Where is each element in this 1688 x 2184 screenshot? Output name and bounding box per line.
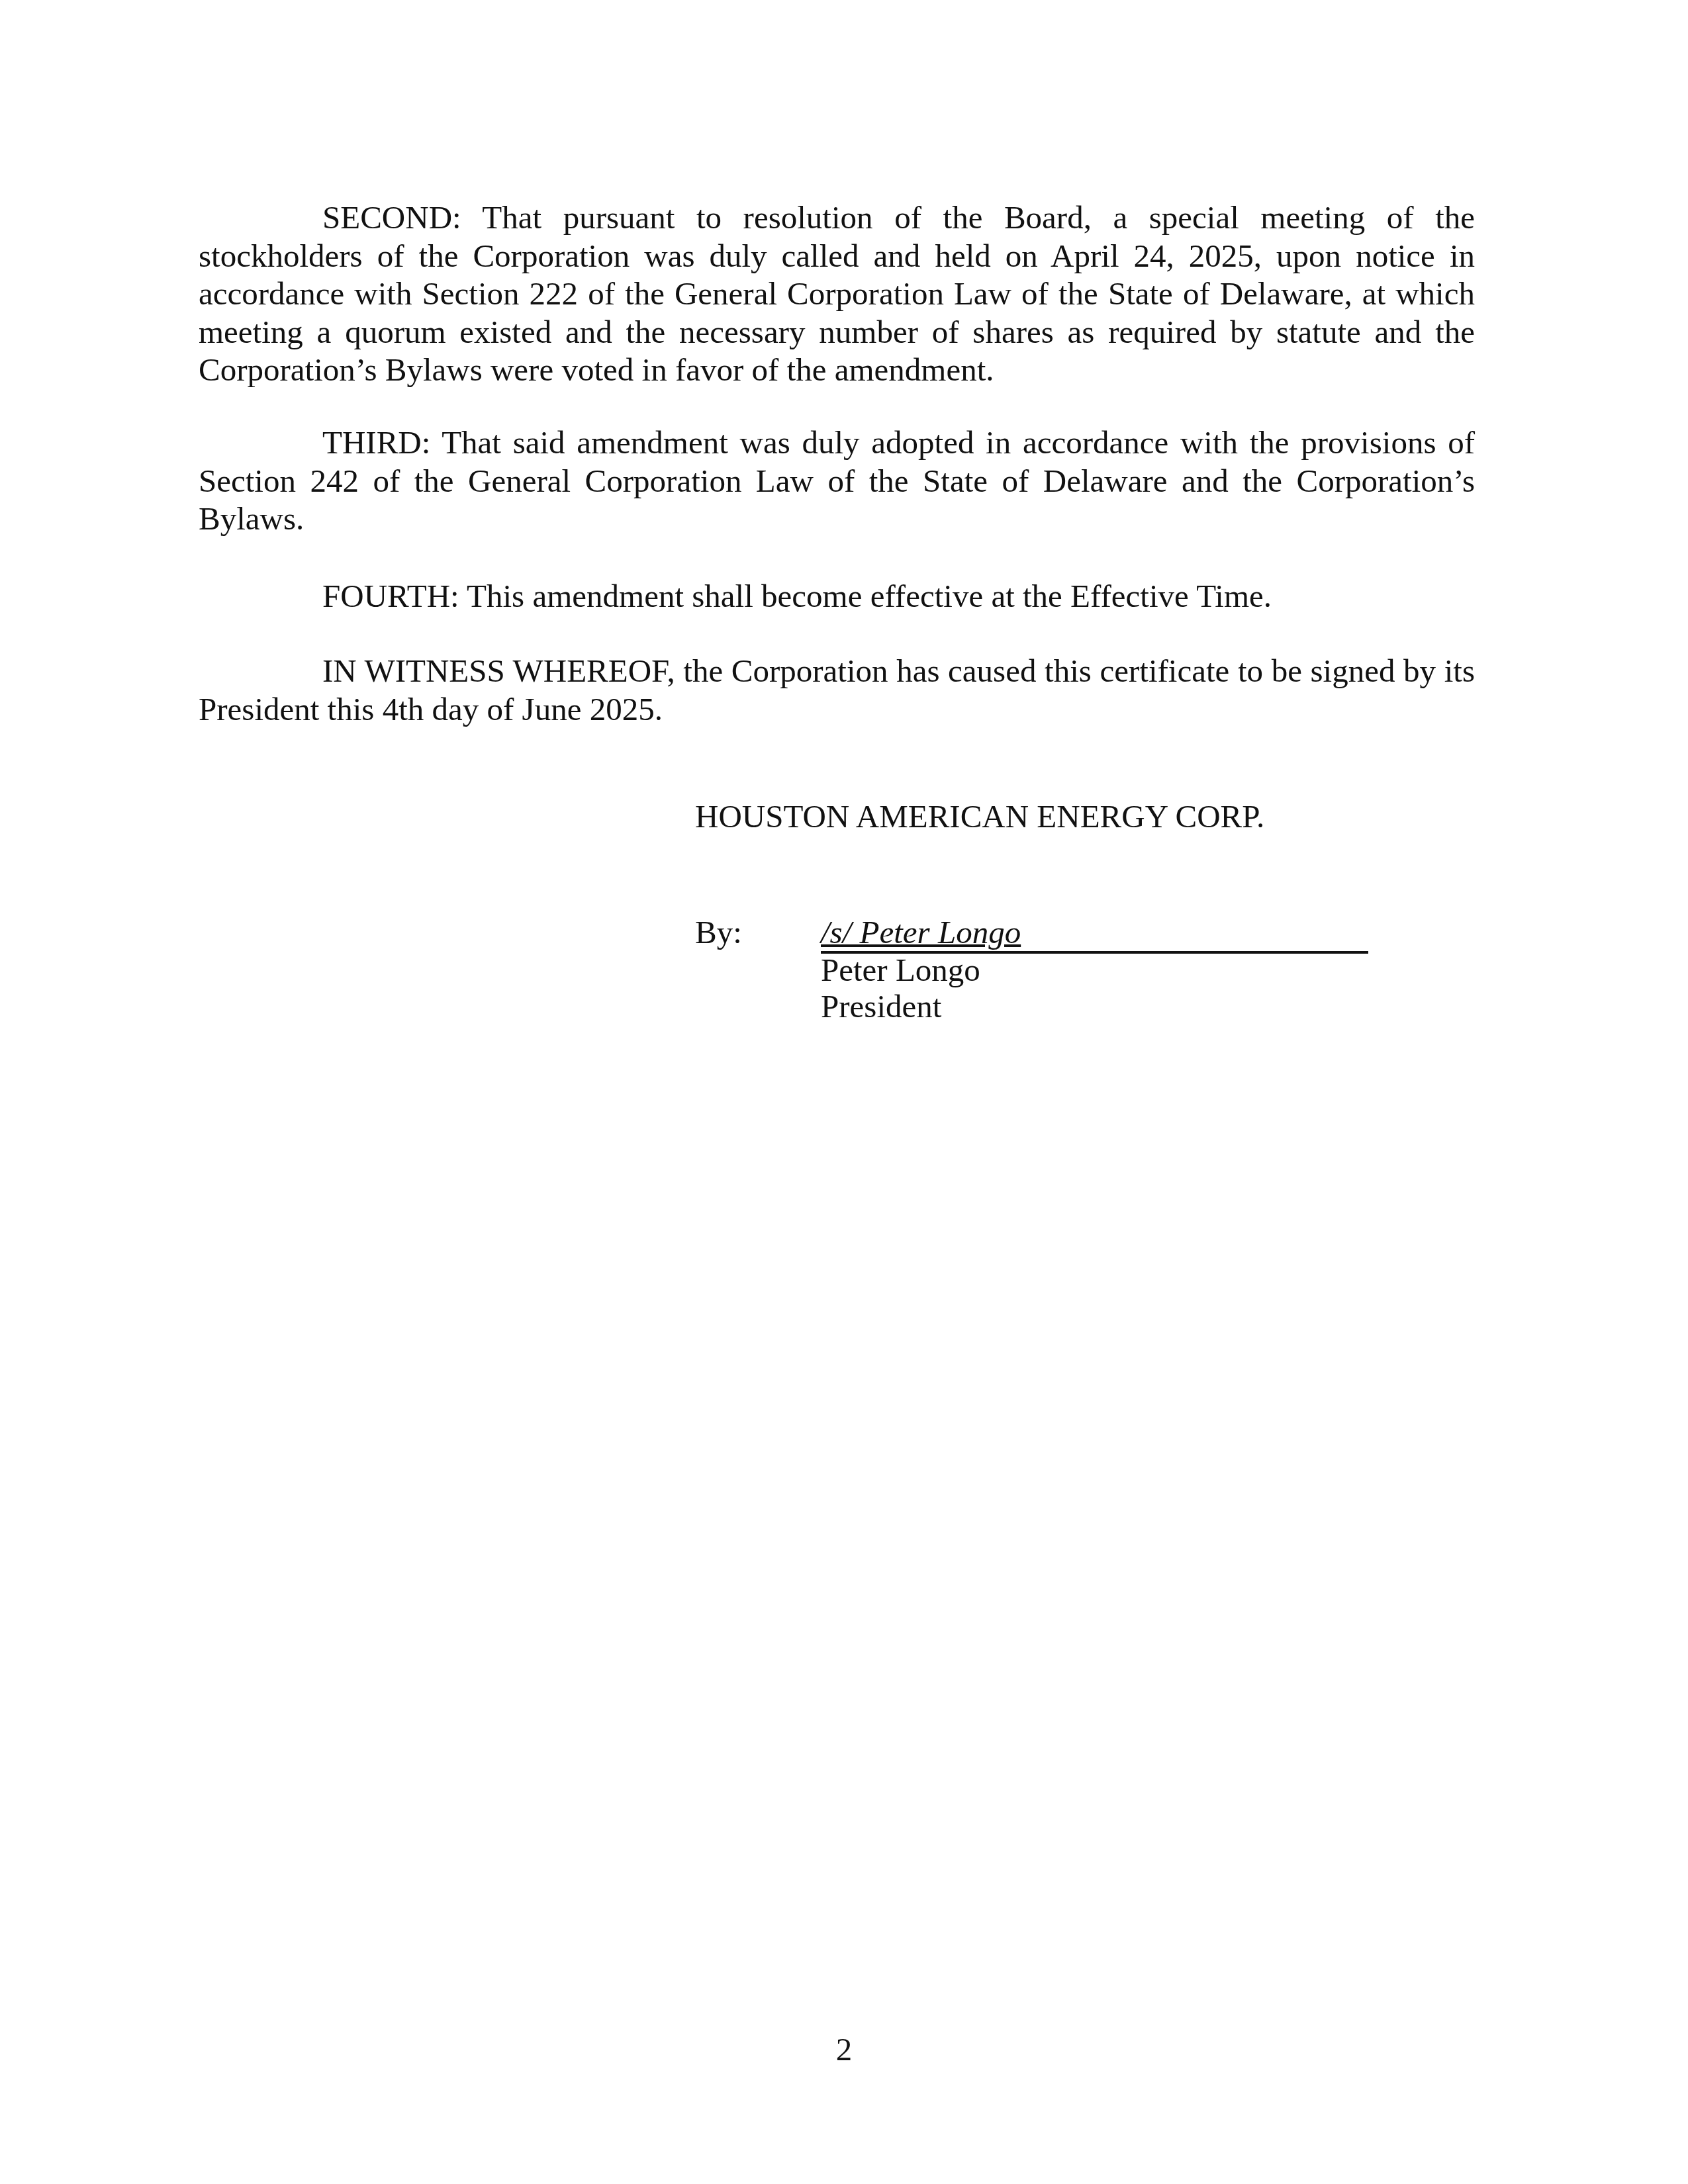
page-number: 2 <box>0 2030 1688 2068</box>
paragraph-third: THIRD: That said amendment was duly adop… <box>199 424 1475 538</box>
signature-text: /s/ Peter Longo <box>821 914 1021 950</box>
paragraph-fourth-text: FOURTH: This amendment shall become effe… <box>322 578 1272 614</box>
signature-by-label: By: <box>695 913 742 951</box>
paragraph-witness-text: IN WITNESS WHEREOF, the Corporation has … <box>199 653 1475 727</box>
paragraph-third-text: THIRD: That said amendment was duly adop… <box>199 424 1475 537</box>
document-page: SECOND: That pursuant to resolution of t… <box>0 0 1688 2184</box>
signatory-title: President <box>821 987 941 1025</box>
signature-line: /s/ Peter Longo <box>821 913 1368 954</box>
paragraph-fourth: FOURTH: This amendment shall become effe… <box>199 577 1475 615</box>
signature-company-name: HOUSTON AMERICAN ENERGY CORP. <box>695 797 1264 835</box>
paragraph-witness: IN WITNESS WHEREOF, the Corporation has … <box>199 652 1475 728</box>
paragraph-second-text: SECOND: That pursuant to resolution of t… <box>199 199 1475 388</box>
paragraph-second: SECOND: That pursuant to resolution of t… <box>199 199 1475 389</box>
signatory-name: Peter Longo <box>821 951 980 989</box>
